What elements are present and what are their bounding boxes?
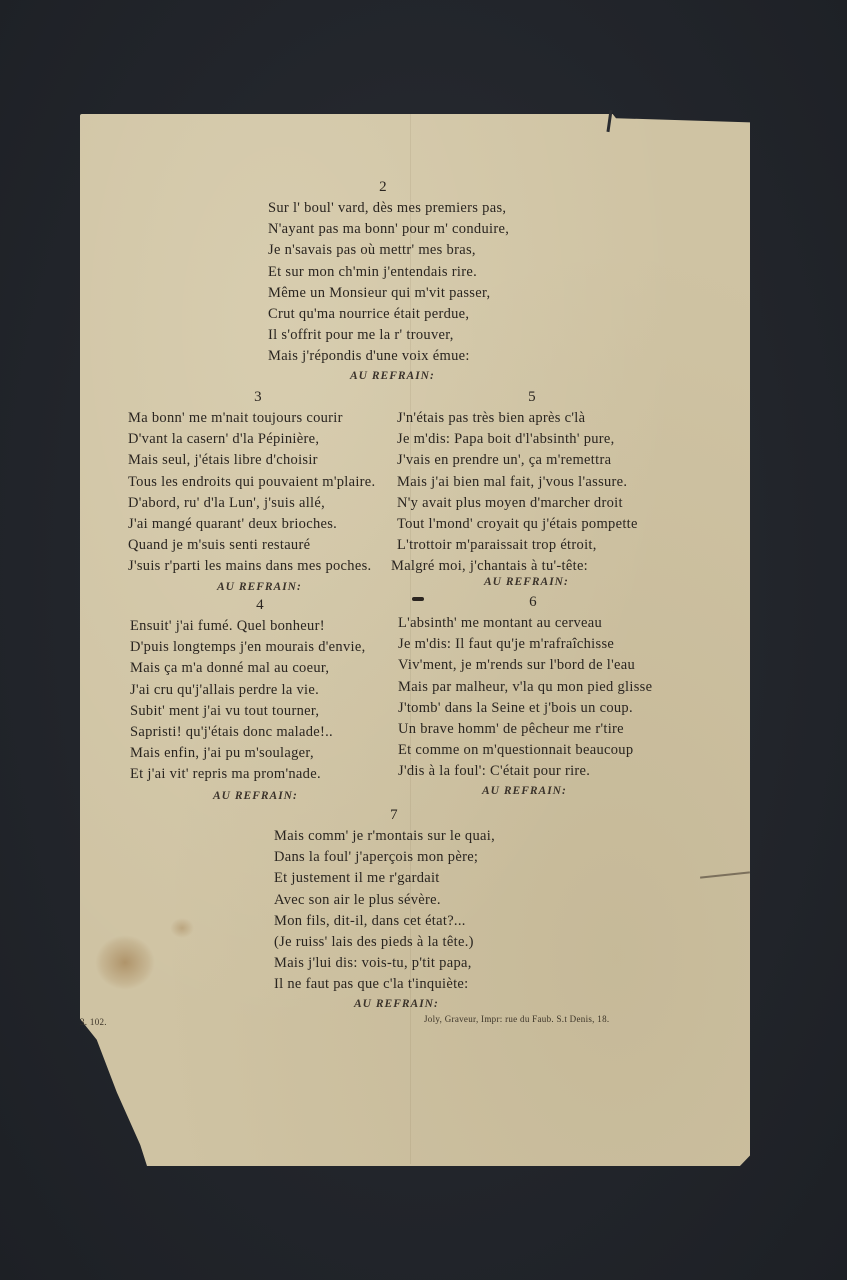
printer-imprint: Joly, Graveur, Impr: rue du Faub. S.t De… [424,1014,609,1024]
verse-line: Et j'ai vit' repris ma prom'nade. [130,764,390,785]
verse-line: L'absinth' me montant au cerveau [398,613,668,634]
verse-line: Crut qu'ma nourrice était perdue, [268,304,538,325]
verse-line: Mais j'ai bien mal fait, j'vous l'assure… [397,472,667,493]
verse-line: Mon fils, dit-il, dans cet état?... [274,911,524,932]
verse-line: Et justement il me r'gardait [274,868,524,889]
stanza-5: 5 J'n'étais pas très bien après c'là Je … [397,388,667,578]
stanza-4: 4 Ensuit' j'ai fumé. Quel bonheur! D'pui… [130,596,390,786]
verse-line: Même un Monsieur qui m'vit passer, [268,283,538,304]
verse-line: Tous les endroits qui pouvaient m'plaire… [128,472,388,493]
verse-line: Mais j'répondis d'une voix émue: [268,346,538,367]
refrain-label: AU REFRAIN: [482,785,567,797]
water-stain [95,935,155,990]
refrain-label: AU REFRAIN: [217,581,302,593]
verse-line: Mais enfin, j'ai pu m'soulager, [130,743,390,764]
verse-line: Sur l' boul' vard, dès mes premiers pas, [268,198,538,219]
stanza-number: 3 [128,388,388,406]
stanza-number: 6 [398,593,668,611]
catalog-number: 3. 102. [80,1017,107,1027]
verse-line: L'trottoir m'paraissait trop étroit, [397,535,667,556]
refrain-label: AU REFRAIN: [350,370,435,382]
verse-line: J'ai mangé quarant' deux brioches. [128,514,388,535]
verse-line: Ma bonn' me m'nait toujours courir [128,408,388,429]
verse-line: Je m'dis: Il faut qu'je m'rafraîchisse [398,634,668,655]
verse-line: Malgré moi, j'chantais à tu'-tête: [391,556,667,577]
verse-line: Mais par malheur, v'la qu mon pied gliss… [398,677,668,698]
verse-line: Dans la foul' j'aperçois mon père; [274,847,524,868]
verse-line: Un brave homm' de pêcheur me r'tire [398,719,668,740]
verse-line: Subit' ment j'ai vu tout tourner, [130,701,390,722]
verse-line: Je n'savais pas où mettr' mes bras, [268,240,538,261]
verse-line: Viv'ment, je m'rends sur l'bord de l'eau [398,655,668,676]
verse-line: Et comme on m'questionnait beaucoup [398,740,668,761]
verse-line: Quand je m'suis senti restauré [128,535,388,556]
verse-line: Avec son air le plus sévère. [274,890,524,911]
refrain-label: AU REFRAIN: [354,998,439,1010]
verse-line: Mais j'lui dis: vois-tu, p'tit papa, [274,953,524,974]
stanza-number: 5 [397,388,667,406]
verse-line: D'abord, ru' d'la Lun', j'suis allé, [128,493,388,514]
stanza-number: 7 [274,806,524,824]
verse-line: Tout l'mond' croyait qu j'étais pompette [397,514,667,535]
verse-line: J'suis r'parti les mains dans mes poches… [128,556,388,577]
verse-line: J'ai cru qu'j'allais perdre la vie. [130,680,390,701]
verse-line: N'y avait plus moyen d'marcher droit [397,493,667,514]
verse-line: J'n'étais pas très bien après c'là [397,408,667,429]
refrain-label: AU REFRAIN: [213,790,298,802]
verse-line: Ensuit' j'ai fumé. Quel bonheur! [130,616,390,637]
stanza-number: 2 [268,178,538,196]
stanza-7: 7 Mais comm' je r'montais sur le quai, D… [274,806,524,996]
stanza-number: 4 [130,596,390,614]
refrain-label: AU REFRAIN: [484,576,569,588]
verse-line: Et sur mon ch'min j'entendais rire. [268,262,538,283]
stanza-2: 2 Sur l' boul' vard, dès mes premiers pa… [268,178,538,368]
stanza-6: 6 L'absinth' me montant au cerveau Je m'… [398,593,668,783]
verse-line: D'vant la casern' d'la Pépinière, [128,429,388,450]
verse-line: J'tomb' dans la Seine et j'bois un coup. [398,698,668,719]
verse-line: (Je ruiss' lais des pieds à la tête.) [274,932,524,953]
verse-line: Je m'dis: Papa boit d'l'absinth' pure, [397,429,667,450]
verse-line: N'ayant pas ma bonn' pour m' conduire, [268,219,538,240]
stanza-3: 3 Ma bonn' me m'nait toujours courir D'v… [128,388,388,578]
verse-line: J'vais en prendre un', ça m'remettra [397,450,667,471]
verse-line: Il ne faut pas que c'la t'inquiète: [274,974,524,995]
small-stain [170,918,194,938]
verse-line: Mais comm' je r'montais sur le quai, [274,826,524,847]
verse-line: Sapristi! qu'j'étais donc malade!.. [130,722,390,743]
verse-line: Il s'offrit pour me la r' trouver, [268,325,538,346]
verse-line: J'dis à la foul': C'était pour rire. [398,761,668,782]
verse-line: D'puis longtemps j'en mourais d'envie, [130,637,390,658]
verse-line: Mais seul, j'étais libre d'choisir [128,450,388,471]
verse-line: Mais ça m'a donné mal au coeur, [130,658,390,679]
